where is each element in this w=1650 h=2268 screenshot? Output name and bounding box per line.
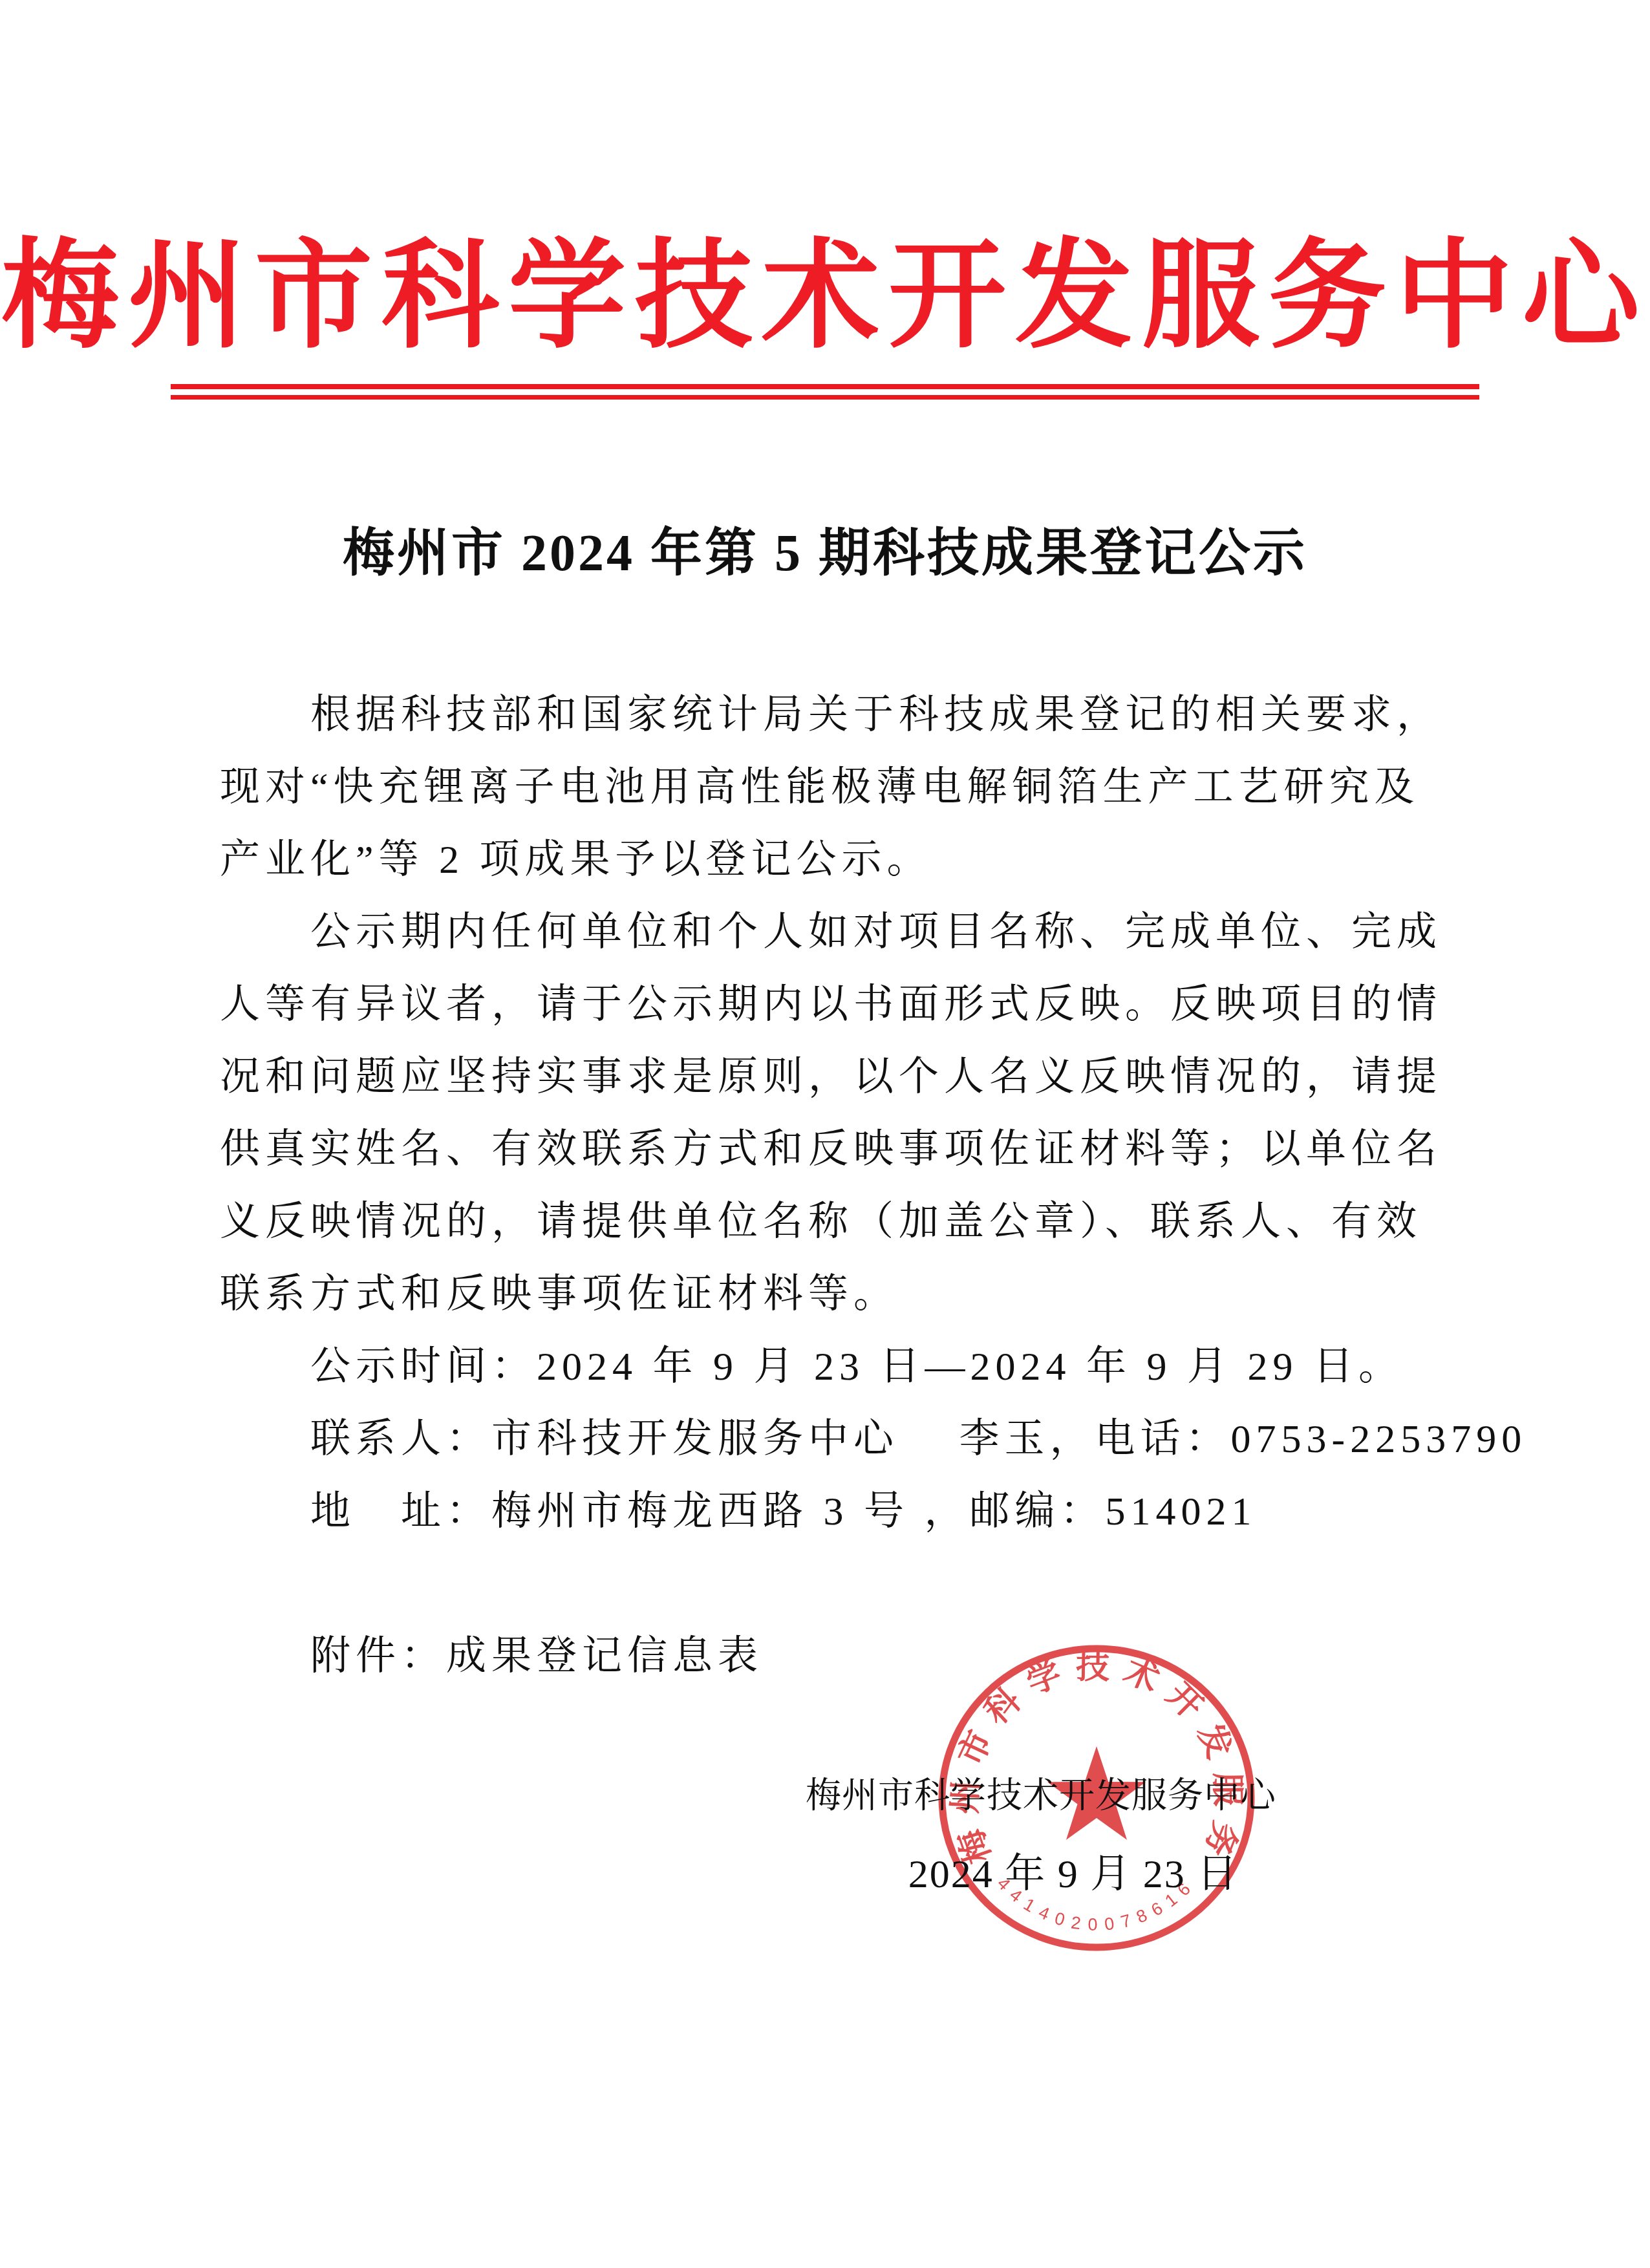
body-line: 人等有异议者，请于公示期内以书面形式反映。反映项目的情 [220,968,1455,1041]
signature-date: 2024 年 9 月 23 日 [776,1849,1371,1899]
body-line: 供真实姓名、有效联系方式和反映事项佐证材料等；以单位名 [220,1113,1455,1186]
document-page: 梅州市科学技术开发服务中心 梅州市 2024 年第 5 期科技成果登记公示 根据… [0,0,1650,2268]
body-line: 公示期内任何单位和个人如对项目名称、完成单位、完成 [220,896,1455,968]
header-divider-top [171,384,1479,389]
document-body: 根据科技部和国家统计局关于科技成果登记的相关要求， 现对“快充锂离子电池用高性能… [220,679,1455,1693]
body-line: 根据科技部和国家统计局关于科技成果登记的相关要求， [220,679,1455,751]
body-line: 联系方式和反映事项佐证材料等。 [220,1258,1455,1331]
body-line: 现对“快充锂离子电池用高性能极薄电解铜箔生产工艺研究及 [220,751,1455,824]
contact-line: 联系人：市科技开发服务中心 李玉，电话：0753-2253790 [220,1403,1455,1475]
signature-org: 梅州市科学技术开发服务中心 [711,1773,1371,1818]
address-line: 地 址：梅州市梅龙西路 3 号 ，邮编：514021 [220,1475,1455,1548]
org-name-header: 梅州市科学技术开发服务中心 [0,233,1650,362]
body-line: 义反映情况的，请提供单位名称（加盖公章）、联系人、有效 [220,1186,1455,1258]
attachment-line: 附件：成果登记信息表 [220,1620,1455,1693]
document-title: 梅州市 2024 年第 5 期科技成果登记公示 [0,516,1650,591]
seal-ring-text-wrap: 梅州市科学技术开发服务中心 [935,1642,1246,1873]
publicity-period-line: 公示时间：2024 年 9 月 23 日—2024 年 9 月 29 日。 [220,1331,1455,1403]
header-divider-bottom [171,395,1479,400]
body-line: 况和问题应坚持实事求是原则，以个人名义反映情况的，请提 [220,1041,1455,1113]
body-line: 产业化”等 2 项成果予以登记公示。 [220,824,1455,896]
seal-ring-text: 梅州市科学技术开发服务中心 [935,1642,1246,1873]
